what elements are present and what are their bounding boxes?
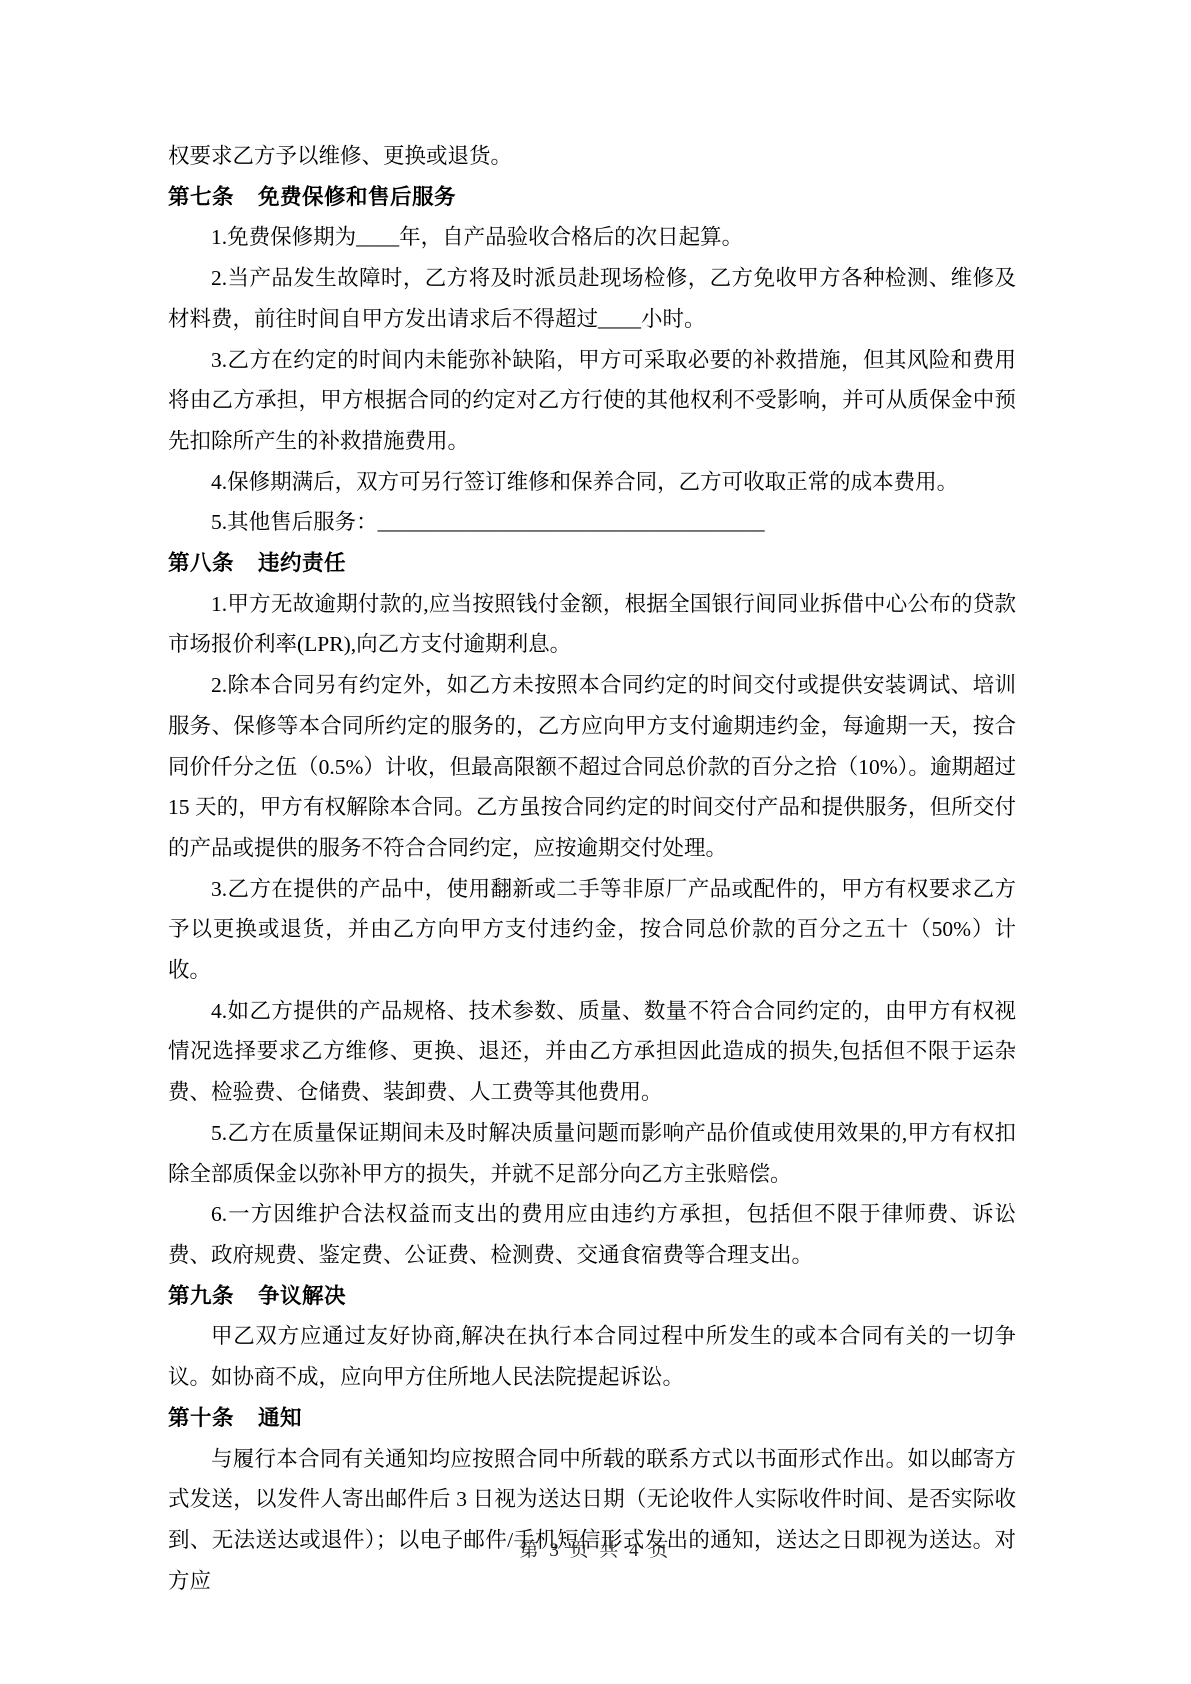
article-7-item-2: 2.当产品发生故障时，乙方将及时派员赴现场检修，乙方免收甲方各种检测、维修及材料…: [168, 258, 1016, 339]
continuation-text: 权要求乙方予以维修、更换或退货。: [168, 144, 512, 168]
article-7-heading: 第七条免费保修和售后服务: [168, 177, 1016, 218]
continuation-paragraph: 权要求乙方予以维修、更换或退货。: [168, 136, 1016, 177]
article-8-item-6: 6.一方因维护合法权益而支出的费用应由违约方承担，包括但不限于律师费、诉讼费、政…: [168, 1194, 1016, 1275]
article-9-title: 争议解决: [258, 1284, 346, 1308]
article-10-heading: 第十条通知: [168, 1398, 1016, 1439]
article-9-paragraph: 甲乙双方应通过友好协商,解决在执行本合同过程中所发生的或本合同有关的一切争议。如…: [168, 1316, 1016, 1397]
article-8-title: 违约责任: [258, 551, 346, 575]
contract-page: 权要求乙方予以维修、更换或退货。 第七条免费保修和售后服务 1.免费保修期为__…: [0, 0, 1191, 1684]
article-8-item-4: 4.如乙方提供的产品规格、技术参数、质量、数量不符合合同约定的，由甲方有权视情况…: [168, 991, 1016, 1113]
article-9-heading: 第九条争议解决: [168, 1276, 1016, 1317]
article-10-paragraph: 与履行本合同有关通知均应按照合同中所载的联系方式以书面形式作出。如以邮寄方式发送…: [168, 1439, 1016, 1602]
article-8-label: 第八条: [168, 551, 234, 575]
article-8-item-1: 1.甲方无故逾期付款的,应当按照钱付金额，根据全国银行间同业拆借中心公布的贷款市…: [168, 584, 1016, 665]
article-7-title: 免费保修和售后服务: [258, 185, 456, 209]
article-10-label: 第十条: [168, 1406, 234, 1430]
contract-body: 权要求乙方予以维修、更换或退货。 第七条免费保修和售后服务 1.免费保修期为__…: [168, 136, 1016, 1601]
article-8-heading: 第八条违约责任: [168, 543, 1016, 584]
page-number-indicator: 第 3 页 共 4 页: [520, 1540, 672, 1561]
article-7-item-3: 3.乙方在约定的时间内未能弥补缺陷，甲方可采取必要的补救措施，但其风险和费用将由…: [168, 340, 1016, 462]
article-8-item-3: 3.乙方在提供的产品中，使用翻新或二手等非原厂产品或配件的，甲方有权要求乙方予以…: [168, 869, 1016, 991]
article-7-item-4: 4.保修期满后，双方可另行签订维修和保养合同，乙方可收取正常的成本费用。: [168, 462, 1016, 503]
article-8-item-5: 5.乙方在质量保证期间未及时解决质量问题而影响产品价值或使用效果的,甲方有权扣除…: [168, 1113, 1016, 1194]
page-footer: 第 3 页 共 4 页: [0, 1537, 1191, 1565]
article-7-item-1: 1.免费保修期为____年，自产品验收合格后的次日起算。: [168, 217, 1016, 258]
article-10-title: 通知: [258, 1406, 302, 1430]
article-7-label: 第七条: [168, 185, 234, 209]
article-9-label: 第九条: [168, 1284, 234, 1308]
article-7-item-5: 5.其他售后服务：_______________________________…: [168, 502, 1016, 543]
article-8-item-2: 2.除本合同另有约定外，如乙方未按照本合同约定的时间交付或提供安装调试、培训服务…: [168, 665, 1016, 869]
